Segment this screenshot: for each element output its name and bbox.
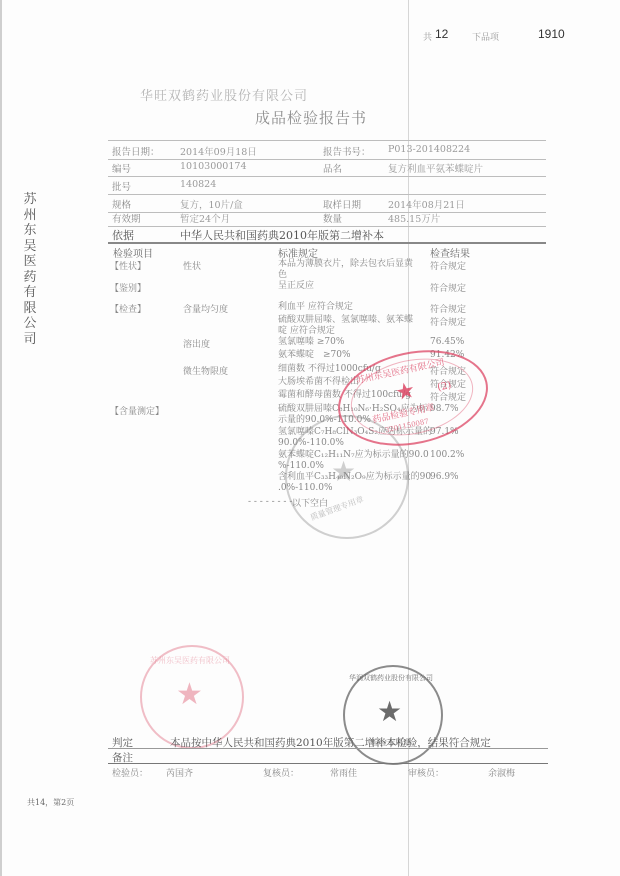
test-category: 【鉴别】	[110, 281, 146, 294]
sample-date: 2014年08月21日	[388, 197, 465, 211]
test-result: 76.45%	[430, 337, 464, 347]
batch-value: 140824	[180, 179, 216, 190]
star-icon: ★	[331, 455, 356, 488]
report-title: 成品检验报告书	[255, 107, 367, 128]
test-result: 符合规定	[430, 259, 466, 272]
header-result: 检查结果	[430, 245, 470, 260]
test-result: 96.9%	[430, 472, 459, 482]
sheet-number: 1910	[538, 27, 565, 41]
stamp-text-top: 华润双鹤药业股份有限公司	[349, 673, 433, 683]
test-item: 微生物限度	[183, 364, 228, 377]
stamp-text: 质量管理专用章	[309, 494, 365, 523]
star-icon: ★	[377, 695, 402, 728]
test-category: 【性状】	[110, 259, 146, 272]
test-standard: 啶 应符合规定	[278, 326, 335, 337]
info-row-expiry: 有效期 暂定24个月 数量 485.15万片	[108, 210, 546, 227]
inspector-label: 检验员：	[112, 766, 148, 779]
test-item: 溶出度	[183, 337, 210, 350]
test-standard: 氨苯蝶啶 ≥70%	[278, 350, 351, 361]
spec-label: 规格	[112, 197, 131, 211]
test-category: 【含量测定】	[110, 404, 164, 417]
test-result: 符合规定	[430, 302, 466, 315]
reviewer-label: 复核员：	[263, 766, 299, 779]
stamp-number: (2)	[436, 380, 452, 394]
test-standard: 氢氯噻嗪 ≥70%	[278, 337, 344, 348]
reviewer-name: 常雨佳	[330, 766, 357, 779]
spec-value: 复方，10片/盒	[180, 197, 243, 211]
scan-edge-shadow	[0, 0, 2, 876]
quantity-value: 485.15万片	[388, 211, 440, 225]
info-row-batch: 批号 140824	[108, 176, 546, 195]
star-icon: ★	[393, 378, 418, 407]
test-standard: 呈正反应	[278, 281, 314, 292]
report-date: 2014年09月18日	[180, 144, 257, 158]
gray-round-stamp: ★ 华润双鹤药业股份有限公司 检验专用章	[343, 665, 443, 765]
product-label: 品名	[323, 161, 342, 175]
inspector-name: 芮国齐	[166, 766, 193, 779]
remark-divider	[108, 763, 548, 764]
side-company-stamp: 苏州东吴医药有限公司	[23, 192, 37, 347]
quantity-label: 数量	[323, 211, 342, 225]
expiry-label: 有效期	[112, 211, 141, 225]
test-result: 符合规定	[430, 315, 466, 328]
test-category: 【检查】	[110, 302, 146, 315]
judge-divider	[108, 748, 548, 749]
test-standard: 色	[278, 270, 287, 281]
total-label: 共	[423, 30, 432, 43]
info-row-code: 编号 10103000174 品名 复方利血平氨苯蝶啶片	[108, 158, 546, 177]
info-row-report: 报告日期： 2014年09月18日 报告书号： P013-201408224	[108, 140, 546, 160]
code-value: 10103000174	[180, 161, 247, 172]
next-label: 下品项	[472, 30, 499, 43]
star-icon: ★	[176, 677, 203, 712]
test-result: 符合规定	[430, 281, 466, 294]
report-no: P013-201408224	[388, 144, 470, 155]
stamp-text: 苏州东吴医药有限公司	[150, 655, 230, 666]
test-standard: 硫酸双肼屈嗪、氢氯噻嗪、氨苯蝶	[278, 315, 413, 326]
product-name: 复方利血平氨苯蝶啶片	[388, 161, 483, 175]
test-result: 100.2%	[430, 450, 464, 460]
sample-date-label: 取样日期	[323, 197, 361, 211]
info-row-basis: 依据 中华人民共和国药典2010年版第二增补本	[108, 226, 546, 244]
report-no-label: 报告书号：	[323, 144, 371, 158]
expiry-value: 暂定24个月	[180, 211, 230, 225]
code-label: 编号	[112, 161, 131, 175]
basis-value: 中华人民共和国药典2010年版第二增补本	[180, 227, 384, 243]
red-round-stamp: ★ 苏州东吴医药有限公司	[140, 645, 244, 749]
header-standard: 标准规定	[278, 245, 318, 260]
test-item: 性状	[183, 259, 201, 272]
test-item: 含量均匀度	[183, 302, 228, 315]
company-name: 华旺双鹤药业股份有限公司	[140, 85, 308, 104]
page-footer: 共14，第2页	[27, 797, 74, 808]
header-item: 检验项目	[113, 245, 153, 260]
end-of-content-dashes: - - - - - - - -	[248, 497, 292, 507]
total-value: 12	[435, 27, 448, 41]
test-standard: 利血平 应符合规定	[278, 302, 353, 313]
test-standard: 本品为薄膜衣片，除去包衣后显黄	[278, 259, 413, 270]
report-date-label: 报告日期：	[112, 144, 160, 158]
approver-name: 余淑梅	[488, 766, 515, 779]
basis-label: 依据	[112, 227, 134, 243]
approver-label: 审核员：	[408, 766, 444, 779]
batch-label: 批号	[112, 179, 131, 193]
